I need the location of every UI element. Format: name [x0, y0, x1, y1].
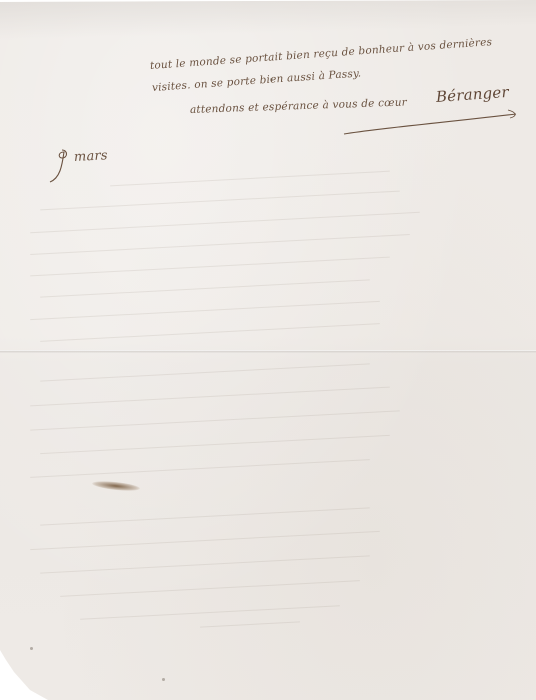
- bleed-through-line: [30, 459, 370, 478]
- bleed-through-line: [30, 410, 400, 430]
- bleed-through-line: [40, 323, 380, 342]
- signature-flourish-icon: [340, 108, 520, 138]
- bleed-through-line: [40, 555, 370, 573]
- bleed-through-line: [60, 580, 360, 597]
- date-digit-stroke-icon: [48, 146, 72, 186]
- bleed-through-line: [40, 363, 370, 381]
- signature: Béranger: [435, 83, 509, 106]
- bleed-through-line: [110, 171, 390, 187]
- bleed-through-line: [30, 387, 390, 407]
- bleed-through-line: [200, 621, 300, 627]
- date-line: mars: [74, 148, 109, 165]
- bleed-through-line: [30, 257, 390, 277]
- bleed-through-line: [30, 301, 380, 320]
- postscript-line-2: visites. on se porte bien aussi à Passy.: [152, 67, 362, 94]
- bleed-through-line: [40, 507, 370, 525]
- postscript-line-1: tout le monde se portait bien reçu de bo…: [150, 36, 493, 72]
- bleed-through-line: [30, 212, 420, 233]
- bleed-through-line: [30, 234, 410, 255]
- paper-spot: [30, 647, 33, 650]
- bleed-through-line: [40, 279, 370, 297]
- paper-spot: [162, 678, 165, 681]
- ink-stain: [92, 480, 141, 493]
- bleed-through-line: [40, 191, 400, 211]
- bleed-through-line: [80, 605, 340, 620]
- bleed-through-line: [30, 531, 380, 550]
- bleed-through-line: [40, 435, 390, 454]
- paper-fold-line: [0, 350, 536, 353]
- top-edge-shadow: [0, 0, 536, 40]
- letter-paper: tout le monde se portait bien reçu de bo…: [0, 0, 536, 700]
